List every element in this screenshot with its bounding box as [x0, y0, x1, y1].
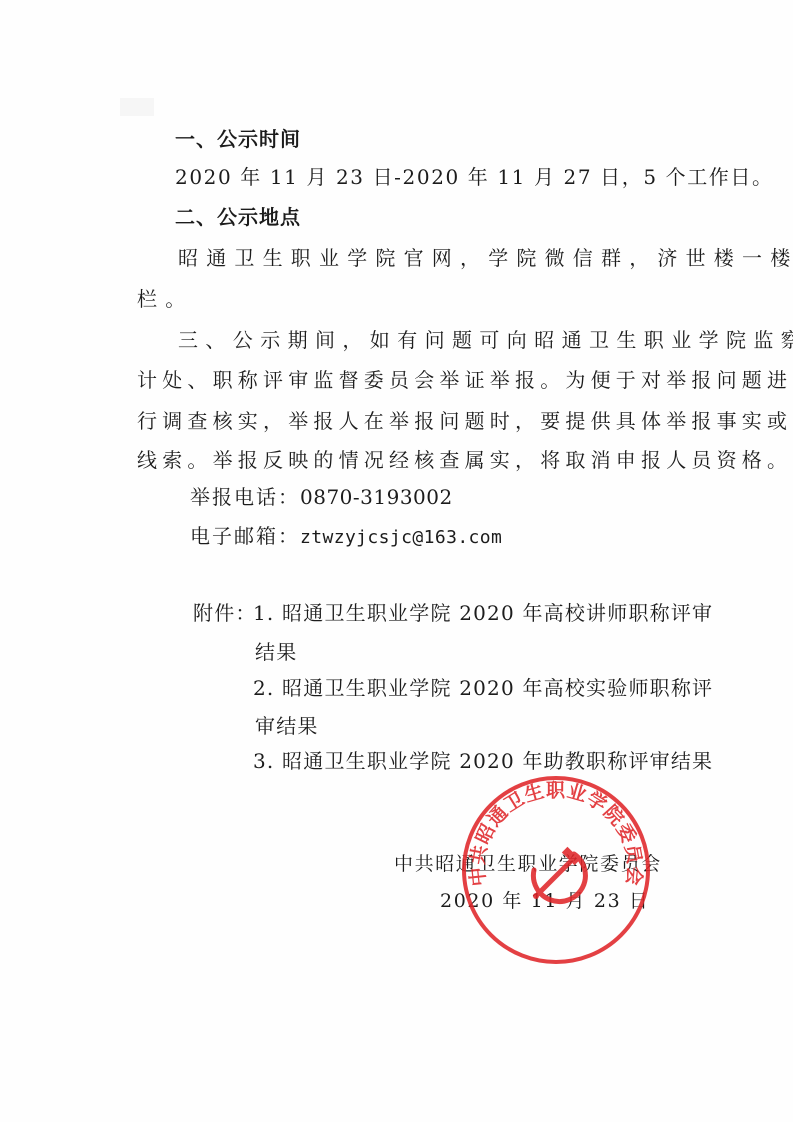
attachment-1-line-2: 结果: [255, 640, 297, 664]
scan-artifact: [120, 98, 154, 116]
section-heading-location: 二、公示地点: [175, 205, 301, 229]
publicity-period-text: 2020 年 11 月 23 日-2020 年 11 月 27 日，5 个工作日…: [175, 165, 774, 189]
email-label: 电子邮箱：: [190, 524, 300, 548]
location-line-1: 昭通卫生职业学院官网，学院微信群，济世楼一楼公示: [178, 246, 793, 270]
report-line-1: 三、公示期间，如有问题可向昭通卫生职业学院监察审: [178, 328, 793, 352]
attachment-2-line-2: 审结果: [255, 714, 319, 738]
seal-text: 中共昭通卫生职业学院委员会: [465, 779, 646, 887]
attachment-1-line-1: 1. 昭通卫生职业学院 2020 年高校讲师职称评审: [253, 601, 713, 625]
hammer-sickle-icon: [533, 847, 585, 902]
document-page: 一、公示时间 2020 年 11 月 23 日-2020 年 11 月 27 日…: [0, 0, 793, 1122]
section-heading-time: 一、公示时间: [175, 127, 301, 151]
report-line-3: 行调查核实，举报人在举报问题时，要提供具体举报事实或: [137, 409, 792, 433]
official-seal-icon: 中共昭通卫生职业学院委员会: [458, 772, 654, 968]
report-line-4: 线索。举报反映的情况经核查属实，将取消申报人员资格。: [137, 448, 792, 472]
attachment-3-line-1: 3. 昭通卫生职业学院 2020 年助教职称评审结果: [253, 749, 713, 773]
phone-label: 举报电话：: [190, 485, 300, 509]
svg-text:中共昭通卫生职业学院委员会: 中共昭通卫生职业学院委员会: [465, 779, 646, 887]
attachment-2-line-1: 2. 昭通卫生职业学院 2020 年高校实验师职称评: [253, 676, 713, 700]
attachments-label: 附件：: [193, 601, 257, 625]
report-line-2: 计处、职称评审监督委员会举证举报。为便于对举报问题进: [137, 368, 792, 392]
email-address: ztwzyjcsjc@163.com: [300, 527, 502, 548]
phone-number: 0870-3193002: [300, 485, 453, 509]
location-line-2: 栏。: [137, 287, 193, 311]
report-email: 电子邮箱：ztwzyjcsjc@163.com: [190, 524, 502, 550]
report-phone: 举报电话：0870-3193002: [190, 485, 453, 509]
